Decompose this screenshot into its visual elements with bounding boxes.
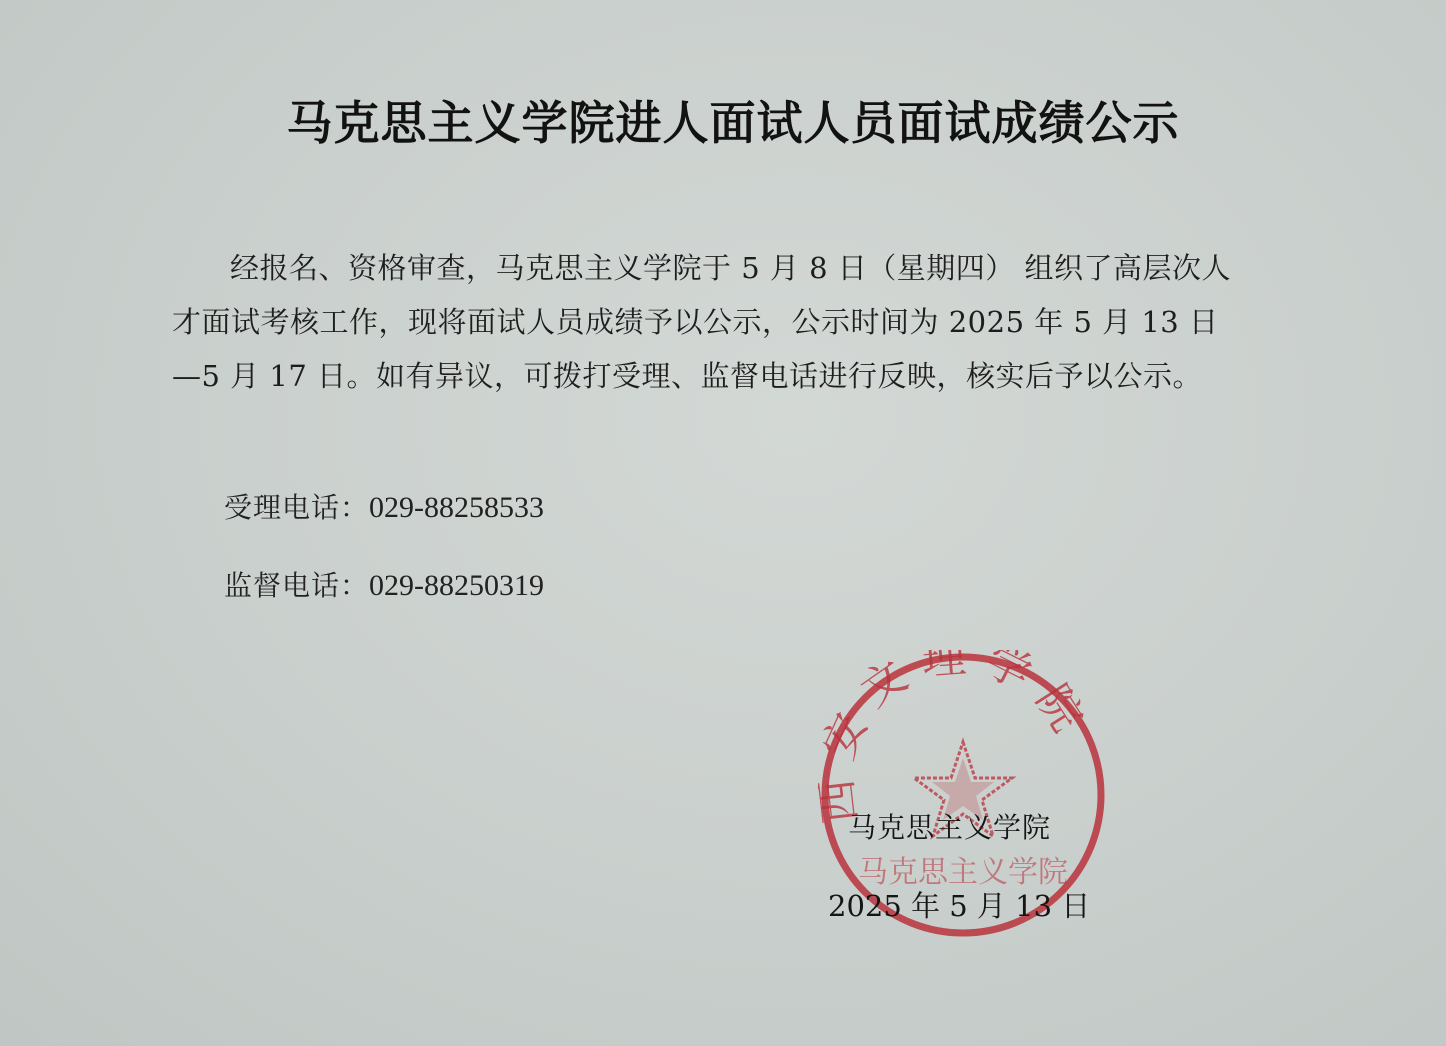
contact-label: 受理电话： <box>224 491 369 524</box>
body-paragraph: 经报名、资格审查，马克思主义学院于 5 月 8 日（星期四） 组织了高层次人才面… <box>172 241 1242 403</box>
contact-accept-phone: 受理电话：029-88258533 <box>224 486 544 526</box>
phone-number: 029-88258533 <box>369 491 544 524</box>
phone-number: 029-88250319 <box>369 569 544 602</box>
signature-date: 2025 年 5 月 13 日 <box>828 884 1090 925</box>
contact-supervise-phone: 监督电话：029-88250319 <box>224 564 544 604</box>
signature-organization: 马克思主义学院 <box>848 806 1051 846</box>
document-title: 马克思主义学院进人面试人员面试成绩公示 <box>10 87 1446 153</box>
contact-label: 监督电话： <box>224 569 369 602</box>
